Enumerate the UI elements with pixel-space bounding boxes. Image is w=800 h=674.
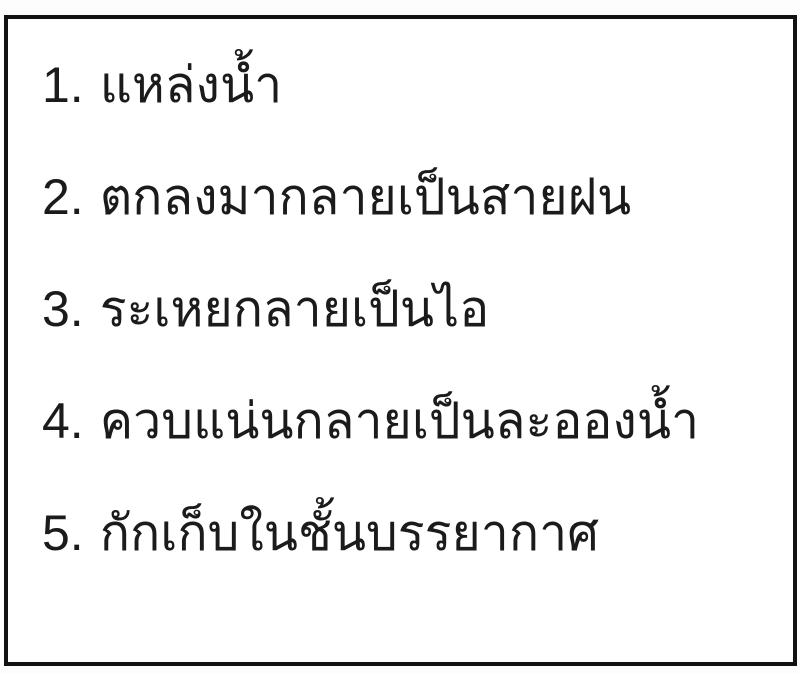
- item-text: ระเหยกลายเป็นไอ: [100, 253, 490, 365]
- item-number: 1.: [42, 29, 84, 141]
- document-page: 1. แหล่งน้ำ 2. ตกลงมากลายเป็นสายฝน 3. ระ…: [0, 0, 800, 674]
- list-item: 2. ตกลงมากลายเป็นสายฝน: [42, 141, 793, 253]
- list-item: 3. ระเหยกลายเป็นไอ: [42, 253, 793, 365]
- item-text: ตกลงมากลายเป็นสายฝน: [100, 141, 632, 253]
- numbered-list: 1. แหล่งน้ำ 2. ตกลงมากลายเป็นสายฝน 3. ระ…: [8, 19, 793, 589]
- content-frame: 1. แหล่งน้ำ 2. ตกลงมากลายเป็นสายฝน 3. ระ…: [4, 15, 797, 666]
- item-number: 5.: [42, 477, 84, 589]
- item-text: กักเก็บในชั้นบรรยากาศ: [100, 477, 599, 589]
- item-number: 3.: [42, 253, 84, 365]
- list-item: 5. กักเก็บในชั้นบรรยากาศ: [42, 477, 793, 589]
- item-text: แหล่งน้ำ: [100, 29, 283, 141]
- item-text: ควบแน่นกลายเป็นละอองน้ำ: [100, 365, 699, 477]
- list-item: 1. แหล่งน้ำ: [42, 29, 793, 141]
- item-number: 4.: [42, 365, 84, 477]
- list-item: 4. ควบแน่นกลายเป็นละอองน้ำ: [42, 365, 793, 477]
- item-number: 2.: [42, 141, 84, 253]
